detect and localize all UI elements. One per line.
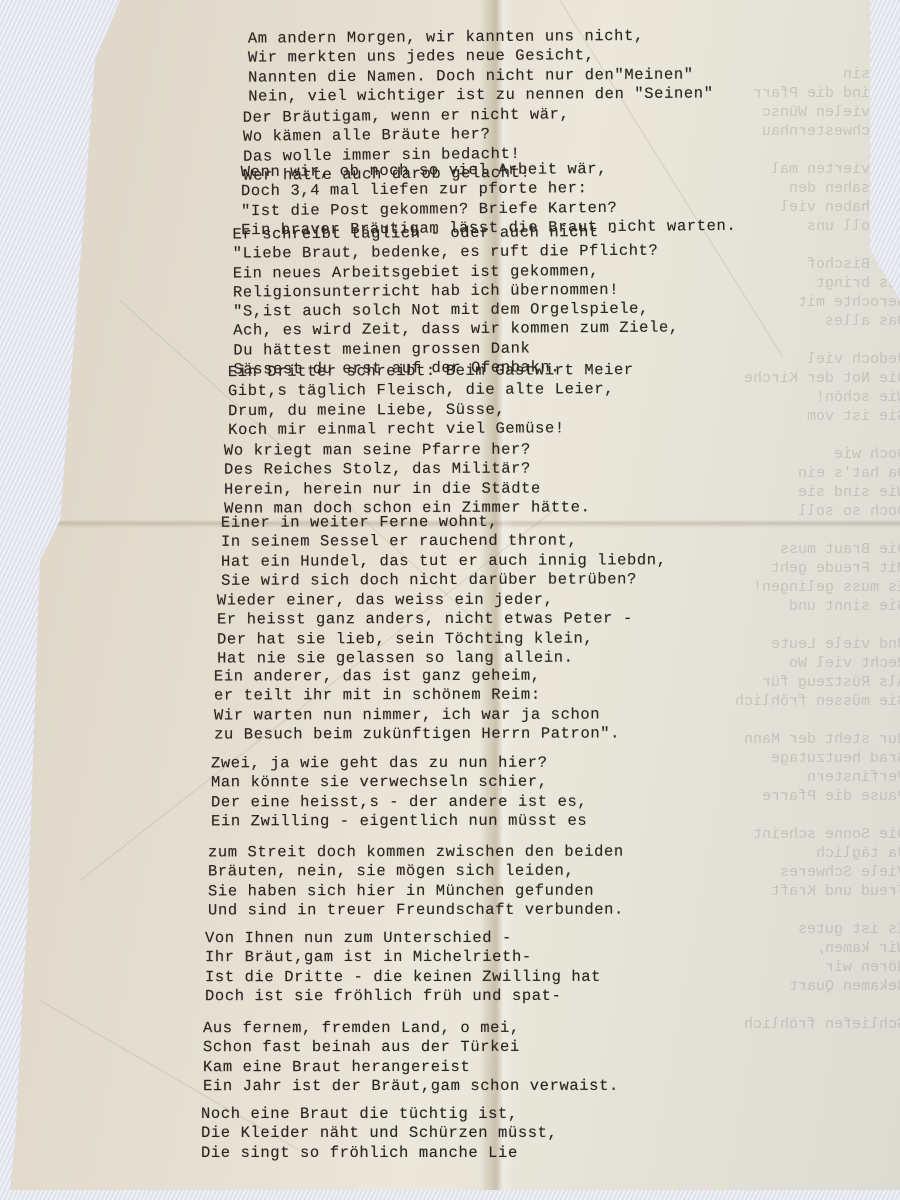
poem-line: Bräuten, nein, sie mögen sich leiden, xyxy=(208,862,624,882)
poem-line: Ein anderer, das ist ganz geheim, xyxy=(214,666,620,686)
stanza: Noch eine Braut die tüchtig ist,Die Klei… xyxy=(201,1105,557,1163)
poem-line: "Liebe Braut, bedenke, es ruft die Pflic… xyxy=(233,242,679,264)
stanza: Er schreibt täglich - oder auch nicht -"… xyxy=(232,222,679,379)
poem-line: Wir warten nun nimmer, ich war ja schon xyxy=(214,705,620,725)
poem-line: Nein, viel wichtiger ist zu nennen den "… xyxy=(248,84,713,107)
stanza: Zwei, ja wie geht das zu nun hier?Man kö… xyxy=(211,754,587,832)
poem-line: Des Reiches Stolz, das Militär? xyxy=(224,460,590,481)
stanza: Am andern Morgen, wir kannten uns nicht,… xyxy=(248,26,714,106)
stanza: Einer in weiter Ferne wohnt,In seinem Se… xyxy=(221,512,667,591)
poem-line: Wieder einer, das weiss ein jeder, xyxy=(217,590,633,610)
poem-line: Einer in weiter Ferne wohnt, xyxy=(221,512,667,533)
poem-body: Am andern Morgen, wir kannten uns nicht,… xyxy=(0,0,900,1200)
poem-line: Herein, herein nur in die Städte xyxy=(224,479,590,500)
poem-line: Ein Zwilling - eigentlich nun müsst es xyxy=(211,812,587,832)
poem-line: Ein Dritter schreibt: Beim Gastwirt Meie… xyxy=(228,361,634,382)
poem-line: Sie haben sich hier in München gefunden xyxy=(208,881,624,901)
poem-line: Von Ihnen nun zum Unterschied - xyxy=(205,929,601,949)
poem-line: Drum, du meine Liebe, Süsse, xyxy=(228,400,634,421)
poem-line: Am andern Morgen, wir kannten uns nicht, xyxy=(248,26,713,49)
poem-line: Er heisst ganz anders, nicht etwas Peter… xyxy=(217,610,633,630)
poem-line: Ist die Dritte - die keinen Zwilling hat xyxy=(205,967,601,987)
stanza: Wo kriegt man seine Pfarre her?Des Reich… xyxy=(224,440,591,518)
poem-line: Zwei, ja wie geht das zu nun hier? xyxy=(211,754,587,774)
stanza: Aus fernem, fremden Land, o mei,Schon fa… xyxy=(203,1019,619,1097)
poem-line: Kam eine Braut herangereist xyxy=(203,1057,619,1077)
poem-line: Aus fernem, fremden Land, o mei, xyxy=(203,1019,619,1039)
poem-line: Sie wird sich doch nicht darüber betrübe… xyxy=(221,570,667,591)
poem-line: Der hat sie lieb, sein Töchting klein, xyxy=(217,629,633,649)
poem-line: zu Besuch beim zukünftigen Herrn Patron"… xyxy=(214,724,620,744)
poem-line: Schon fast beinah aus der Türkei xyxy=(203,1038,619,1058)
poem-line: Ein Jahr ist der Bräut,gam schon verwais… xyxy=(203,1077,619,1097)
poem-line: Die Kleider näht und Schürzen müsst, xyxy=(201,1124,557,1143)
poem-line: zum Streit doch kommen zwischen den beid… xyxy=(208,843,624,863)
poem-line: Und sind in treuer Freundschaft verbunde… xyxy=(208,901,624,921)
stanza: Ein Dritter schreibt: Beim Gastwirt Meie… xyxy=(228,361,634,440)
poem-line: er teilt ihr mit in schönem Reim: xyxy=(214,686,620,706)
poem-line: Der eine heisst,s - der andere ist es, xyxy=(211,792,587,812)
poem-line: Die singt so fröhlich manche Lie xyxy=(201,1144,557,1163)
poem-line: Doch ist sie fröhlich früh und spat- xyxy=(205,987,601,1007)
poem-line: In seinem Sessel er rauchend thront, xyxy=(221,532,667,553)
poem-line: Ihr Bräut,gam ist in Michelrieth- xyxy=(205,948,601,968)
poem-line: Man könnte sie verwechseln schier, xyxy=(211,773,587,793)
poem-line: Wo kriegt man seine Pfarre her? xyxy=(224,440,590,461)
poem-line: Koch mir einmal recht viel Gemüse! xyxy=(228,419,634,440)
stanza: Wieder einer, das weiss ein jeder,Er hei… xyxy=(217,590,633,668)
poem-line: Noch eine Braut die tüchtig ist, xyxy=(201,1105,557,1124)
stanza: Von Ihnen nun zum Unterschied -Ihr Bräut… xyxy=(205,929,601,1007)
stanza: Ein anderer, das ist ganz geheim,er teil… xyxy=(214,666,620,744)
poem-line: Hat ein Hundel, das tut er auch innig li… xyxy=(221,551,667,572)
stanza: zum Streit doch kommen zwischen den beid… xyxy=(208,843,624,921)
poem-line: Gibt,s täglich Fleisch, die alte Leier, xyxy=(228,380,634,401)
poem-line: Ach, es wird Zeit, dass wir kommen zum Z… xyxy=(233,319,679,341)
poem-line: Der Bräutigam, wenn er nicht wär, xyxy=(243,105,570,128)
